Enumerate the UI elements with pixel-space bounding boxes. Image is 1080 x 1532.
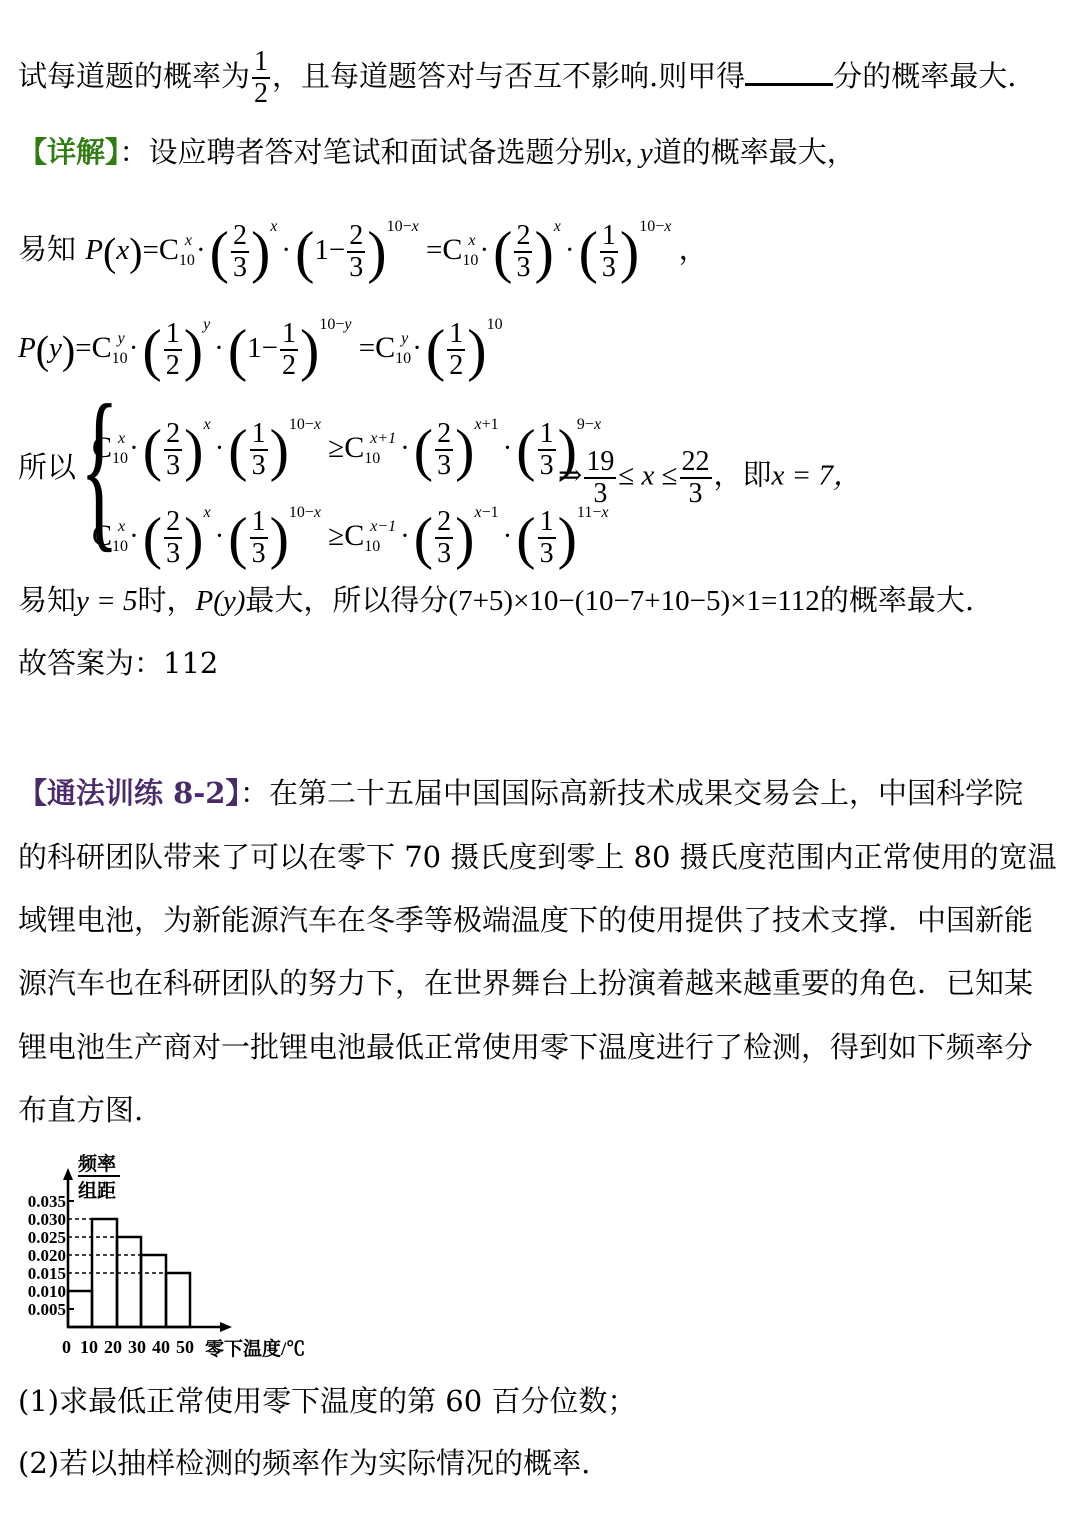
question-1: (1)求最低正常使用零下温度的第 60 百分位数； — [18, 1381, 636, 1421]
score-expression: (7+5)×10−(10−7+10−5)×1=112 — [448, 585, 819, 617]
svg-text:40: 40 — [152, 1337, 170, 1357]
exercise-label: 【通法训练 8-2】 — [18, 776, 240, 810]
problem-text: 分的概率最大. — [833, 59, 1016, 93]
system-prefix: 所以 — [18, 447, 76, 487]
fraction-22-3: 223 — [680, 447, 712, 509]
svg-text:0.025: 0.025 — [28, 1228, 66, 1247]
y-axis-label-den: 组距 — [78, 1180, 116, 1202]
px-formula: P(x)=C10x·(23)x·(1−23)10−x =C10x·(23)x·(… — [85, 234, 707, 266]
svg-text:20: 20 — [104, 1337, 122, 1357]
solution-label: 【详解】 — [18, 135, 120, 169]
problem-tail-line: 试每道题的概率为12，且每道题答对与否互不影响.则甲得分的概率最大. — [18, 47, 1016, 109]
svg-text:0.005: 0.005 — [28, 1300, 66, 1319]
solution-intro-end: 道的概率最大， — [653, 135, 856, 169]
px-prefix: 易知 — [18, 232, 76, 266]
question-2: (2)若以抽样检测的频率作为实际情况的概率. — [18, 1443, 590, 1483]
svg-text:0.030: 0.030 — [28, 1210, 66, 1229]
svg-text:30: 30 — [128, 1337, 146, 1357]
fraction-19-3: 193 — [584, 447, 616, 509]
problem-text: ，且每道题答对与否互不影响.则甲得 — [272, 59, 745, 93]
fraction-one-half: 12 — [252, 47, 270, 109]
x-axis-label: 零下温度/℃ — [205, 1337, 305, 1360]
svg-text:0.035: 0.035 — [28, 1192, 66, 1211]
system-result: ⇒193≤ x ≤223，即x = 7， — [558, 447, 862, 509]
problem-text: 试每道题的概率为 — [18, 59, 250, 93]
exercise-line-5: 锂电池生产商对一批锂电池最低正常使用零下温度进行了检测，得到如下频率分 — [18, 1027, 1033, 1067]
exercise-line-2: 的科研团队带来了可以在零下 70 摄氏度到零上 80 摄氏度范围内正常使用的宽温 — [18, 837, 1057, 877]
exercise-line-6: 布直方图. — [18, 1090, 143, 1130]
solution-intro-text: ：设应聘者答对笔试和面试备选题分别 — [120, 135, 613, 169]
svg-text:0.020: 0.020 — [28, 1246, 66, 1265]
answer-blank — [745, 57, 833, 86]
system-row-2: C10x·(23)x·(13)10−x ≥C10x−1·(23)x−1·(13)… — [92, 478, 608, 582]
svg-text:0.015: 0.015 — [28, 1264, 66, 1283]
exercise-line-4: 源汽车也在科研团队的努力下，在世界舞台上扮演着越来越重要的角色．已知某 — [18, 963, 1033, 1003]
py-formula: P(y)=C10y·(12)y·(1−12)10−y =C10y·(12)10 — [18, 332, 503, 364]
svg-text:0: 0 — [62, 1337, 71, 1357]
y-axis-label-num: 频率 — [78, 1152, 116, 1175]
y-max-line: 易知y = 5时，P(y)最大，所以得分(7+5)×10−(10−7+10−5)… — [18, 580, 974, 621]
exercise-line-1: 【通法训练 8-2】：在第二十五届中国国际高新技术成果交易会上，中国科学院 — [18, 773, 1023, 813]
exercise-line-3: 域锂电池，为新能源汽车在冬季等极端温度下的使用提供了技术支撑．中国新能 — [18, 900, 1033, 940]
svg-text:0.010: 0.010 — [28, 1282, 66, 1301]
svg-text:50: 50 — [176, 1337, 194, 1357]
variables: x, y — [613, 137, 653, 169]
answer-line: 故答案为：112 — [18, 643, 218, 683]
px-formula-line: 易知 P(x)=C10x·(23)x·(1−23)10−x =C10x·(23)… — [18, 192, 708, 296]
svg-text:10: 10 — [80, 1337, 98, 1357]
solution-intro: 【详解】：设应聘者答对笔试和面试备选题分别x, y道的概率最大， — [18, 132, 856, 173]
frequency-histogram: 频率 组距 0.035 0.030 0.025 0.020 0.015 0.01… — [0, 1140, 340, 1370]
